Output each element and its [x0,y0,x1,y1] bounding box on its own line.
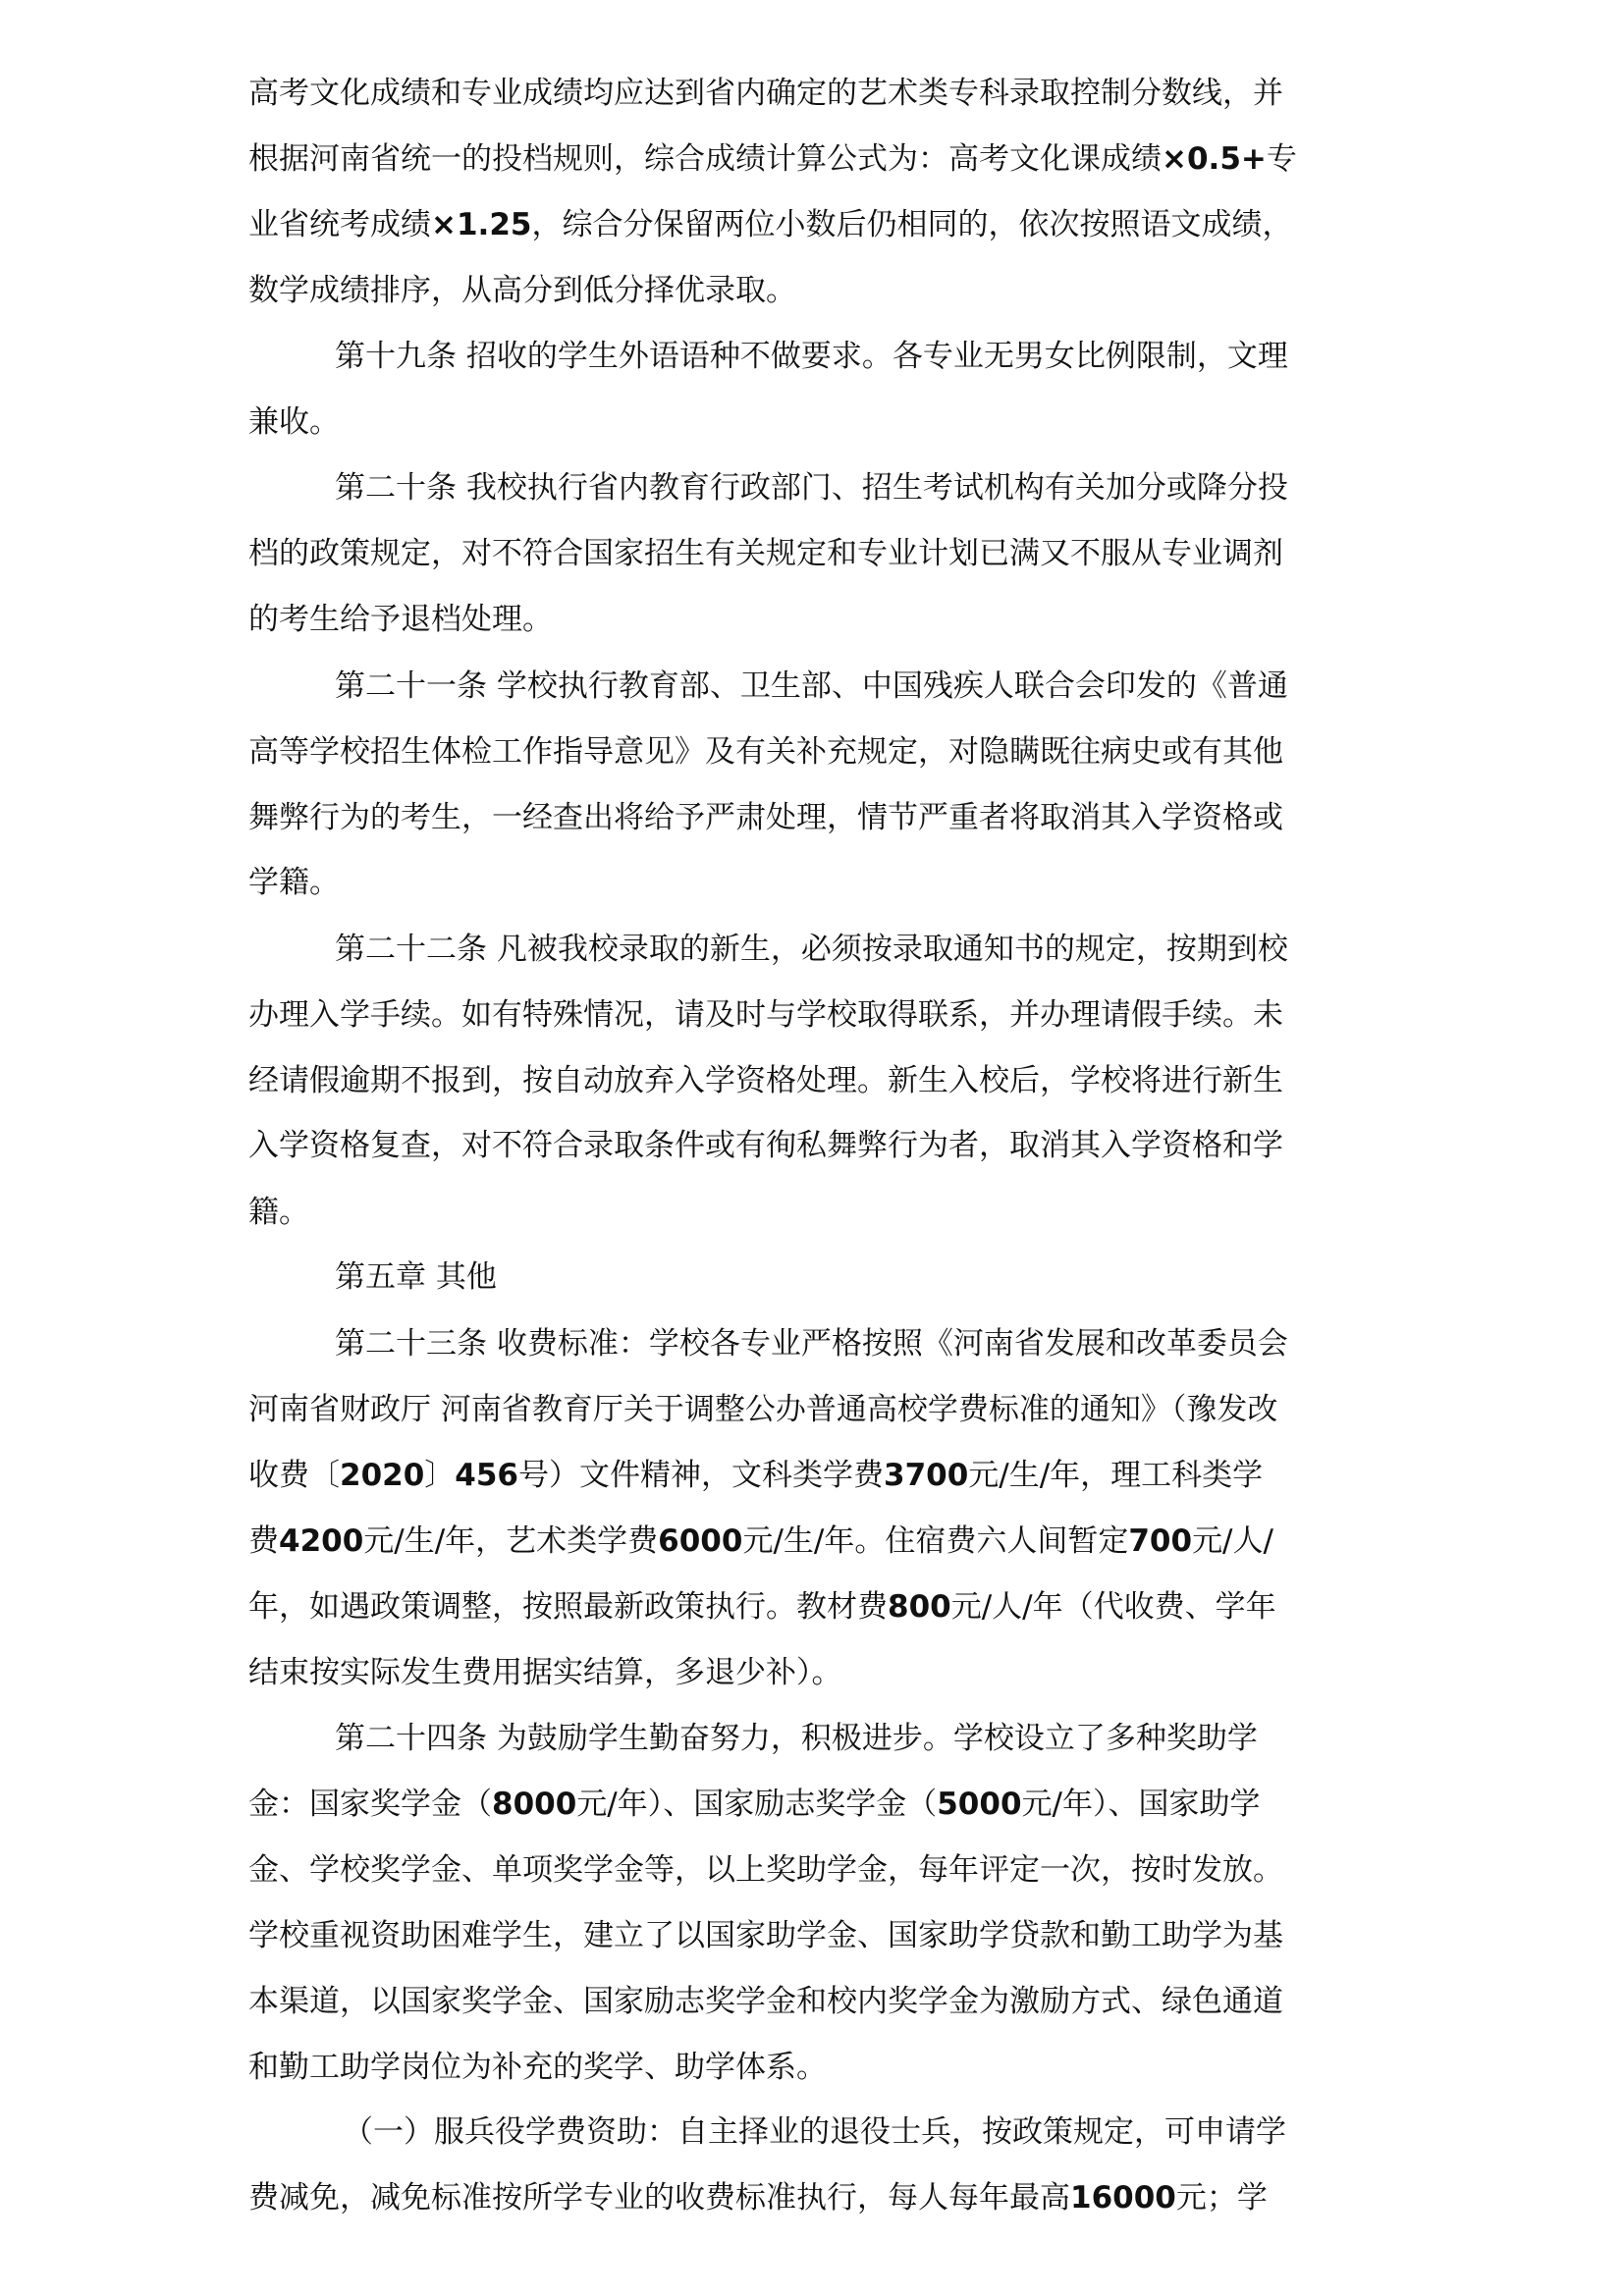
text-line: 学校重视资助困难学生，建立了以国家助学金、国家助学贷款和勤工助学为基 [248,1916,1283,1955]
text-line: 办理入学手续。如有特殊情况，请及时与学校取得联系，并办理请假手续。未 [248,995,1283,1035]
text-line: 经请假逾期不报到，按自动放弃入学资格处理。新生入校后，学校将进行新生 [248,1061,1283,1100]
text-line: 档的政策规定，对不符合国家招生有关规定和专业计划已满又不服从专业调剂 [248,534,1283,573]
text-line: 和勤工助学岗位为补充的奖学、助学体系。 [248,2048,827,2087]
text-line: 年，如遇政策调整，按照最新政策执行。教材费800元/人/年（代收费、学年 [248,1587,1276,1627]
list-item-heading-line: （一）服兵役学费资助：自主择业的退役士兵，按政策规定，可申请学 [248,2112,1286,2152]
text-line: 的考生给予退档处理。 [248,600,553,639]
text-line: 金：国家奖学金（8000元/年）、国家励志奖学金（5000元/年）、国家助学 [248,1785,1260,1824]
article-23-heading-line: 第二十三条 收费标准：学校各专业严格按照《河南省发展和改革委员会 [248,1324,1288,1363]
text-line: 费4200元/生/年，艺术类学费6000元/生/年。住宿费六人间暂定700元/人… [248,1522,1273,1561]
text-line: 费减免，减免标准按所学专业的收费标准执行，每人每年最高16000元；学 [248,2178,1268,2217]
chapter-heading: 第五章 其他 [248,1257,497,1297]
article-19-heading-line: 第十九条 招收的学生外语语种不做要求。各专业无男女比例限制，文理 [248,337,1288,376]
text-line: 高考文化成绩和专业成绩均应达到省内确定的艺术类专科录取控制分数线，并 [248,74,1283,113]
text-line: 金、学校奖学金、单项奖学金等，以上奖助学金，每年评定一次，按时发放。 [248,1850,1283,1890]
text-line: 籍。 [248,1193,309,1232]
article-21-heading-line: 第二十一条 学校执行教育部、卫生部、中国残疾人联合会印发的《普通 [248,667,1288,706]
text-line: 收费〔2020〕456号）文件精神，文科类学费3700元/生/年，理工科类学 [248,1456,1263,1495]
text-line: 业省统考成绩×1.25，综合分保留两位小数后仍相同的，依次按照语文成绩， [248,205,1292,244]
text-line: 根据河南省统一的投档规则，综合成绩计算公式为：高考文化课成绩×0.5+专 [248,139,1297,179]
text-line: 数学成绩排序，从高分到低分择优录取。 [248,271,796,310]
text-line: 高等学校招生体检工作指导意见》及有关补充规定，对隐瞒既往病史或有其他 [248,732,1283,772]
article-22-heading-line: 第二十二条 凡被我校录取的新生，必须按录取通知书的规定，按期到校 [248,930,1288,969]
text-line: 河南省财政厅 河南省教育厅关于调整公办普通高校学费标准的通知》（豫发改 [248,1390,1277,1429]
text-line: 学籍。 [248,863,340,902]
text-line: 结束按实际发生费用据实结算，多退少补）。 [248,1653,842,1692]
text-line: 本渠道，以国家奖学金、国家励志奖学金和校内奖学金为激励方式、绿色通道 [248,1982,1283,2021]
article-20-heading-line: 第二十条 我校执行省内教育行政部门、招生考试机构有关加分或降分投 [248,468,1288,507]
text-line: 入学资格复查，对不符合录取条件或有徇私舞弊行为者，取消其入学资格和学 [248,1126,1283,1165]
text-line: 兼收。 [248,402,340,442]
article-24-heading-line: 第二十四条 为鼓励学生勤奋努力，积极进步。学校设立了多种奖助学 [248,1719,1258,1758]
text-line: 舞弊行为的考生，一经查出将给予严肃处理，情节严重者将取消其入学资格或 [248,798,1283,837]
